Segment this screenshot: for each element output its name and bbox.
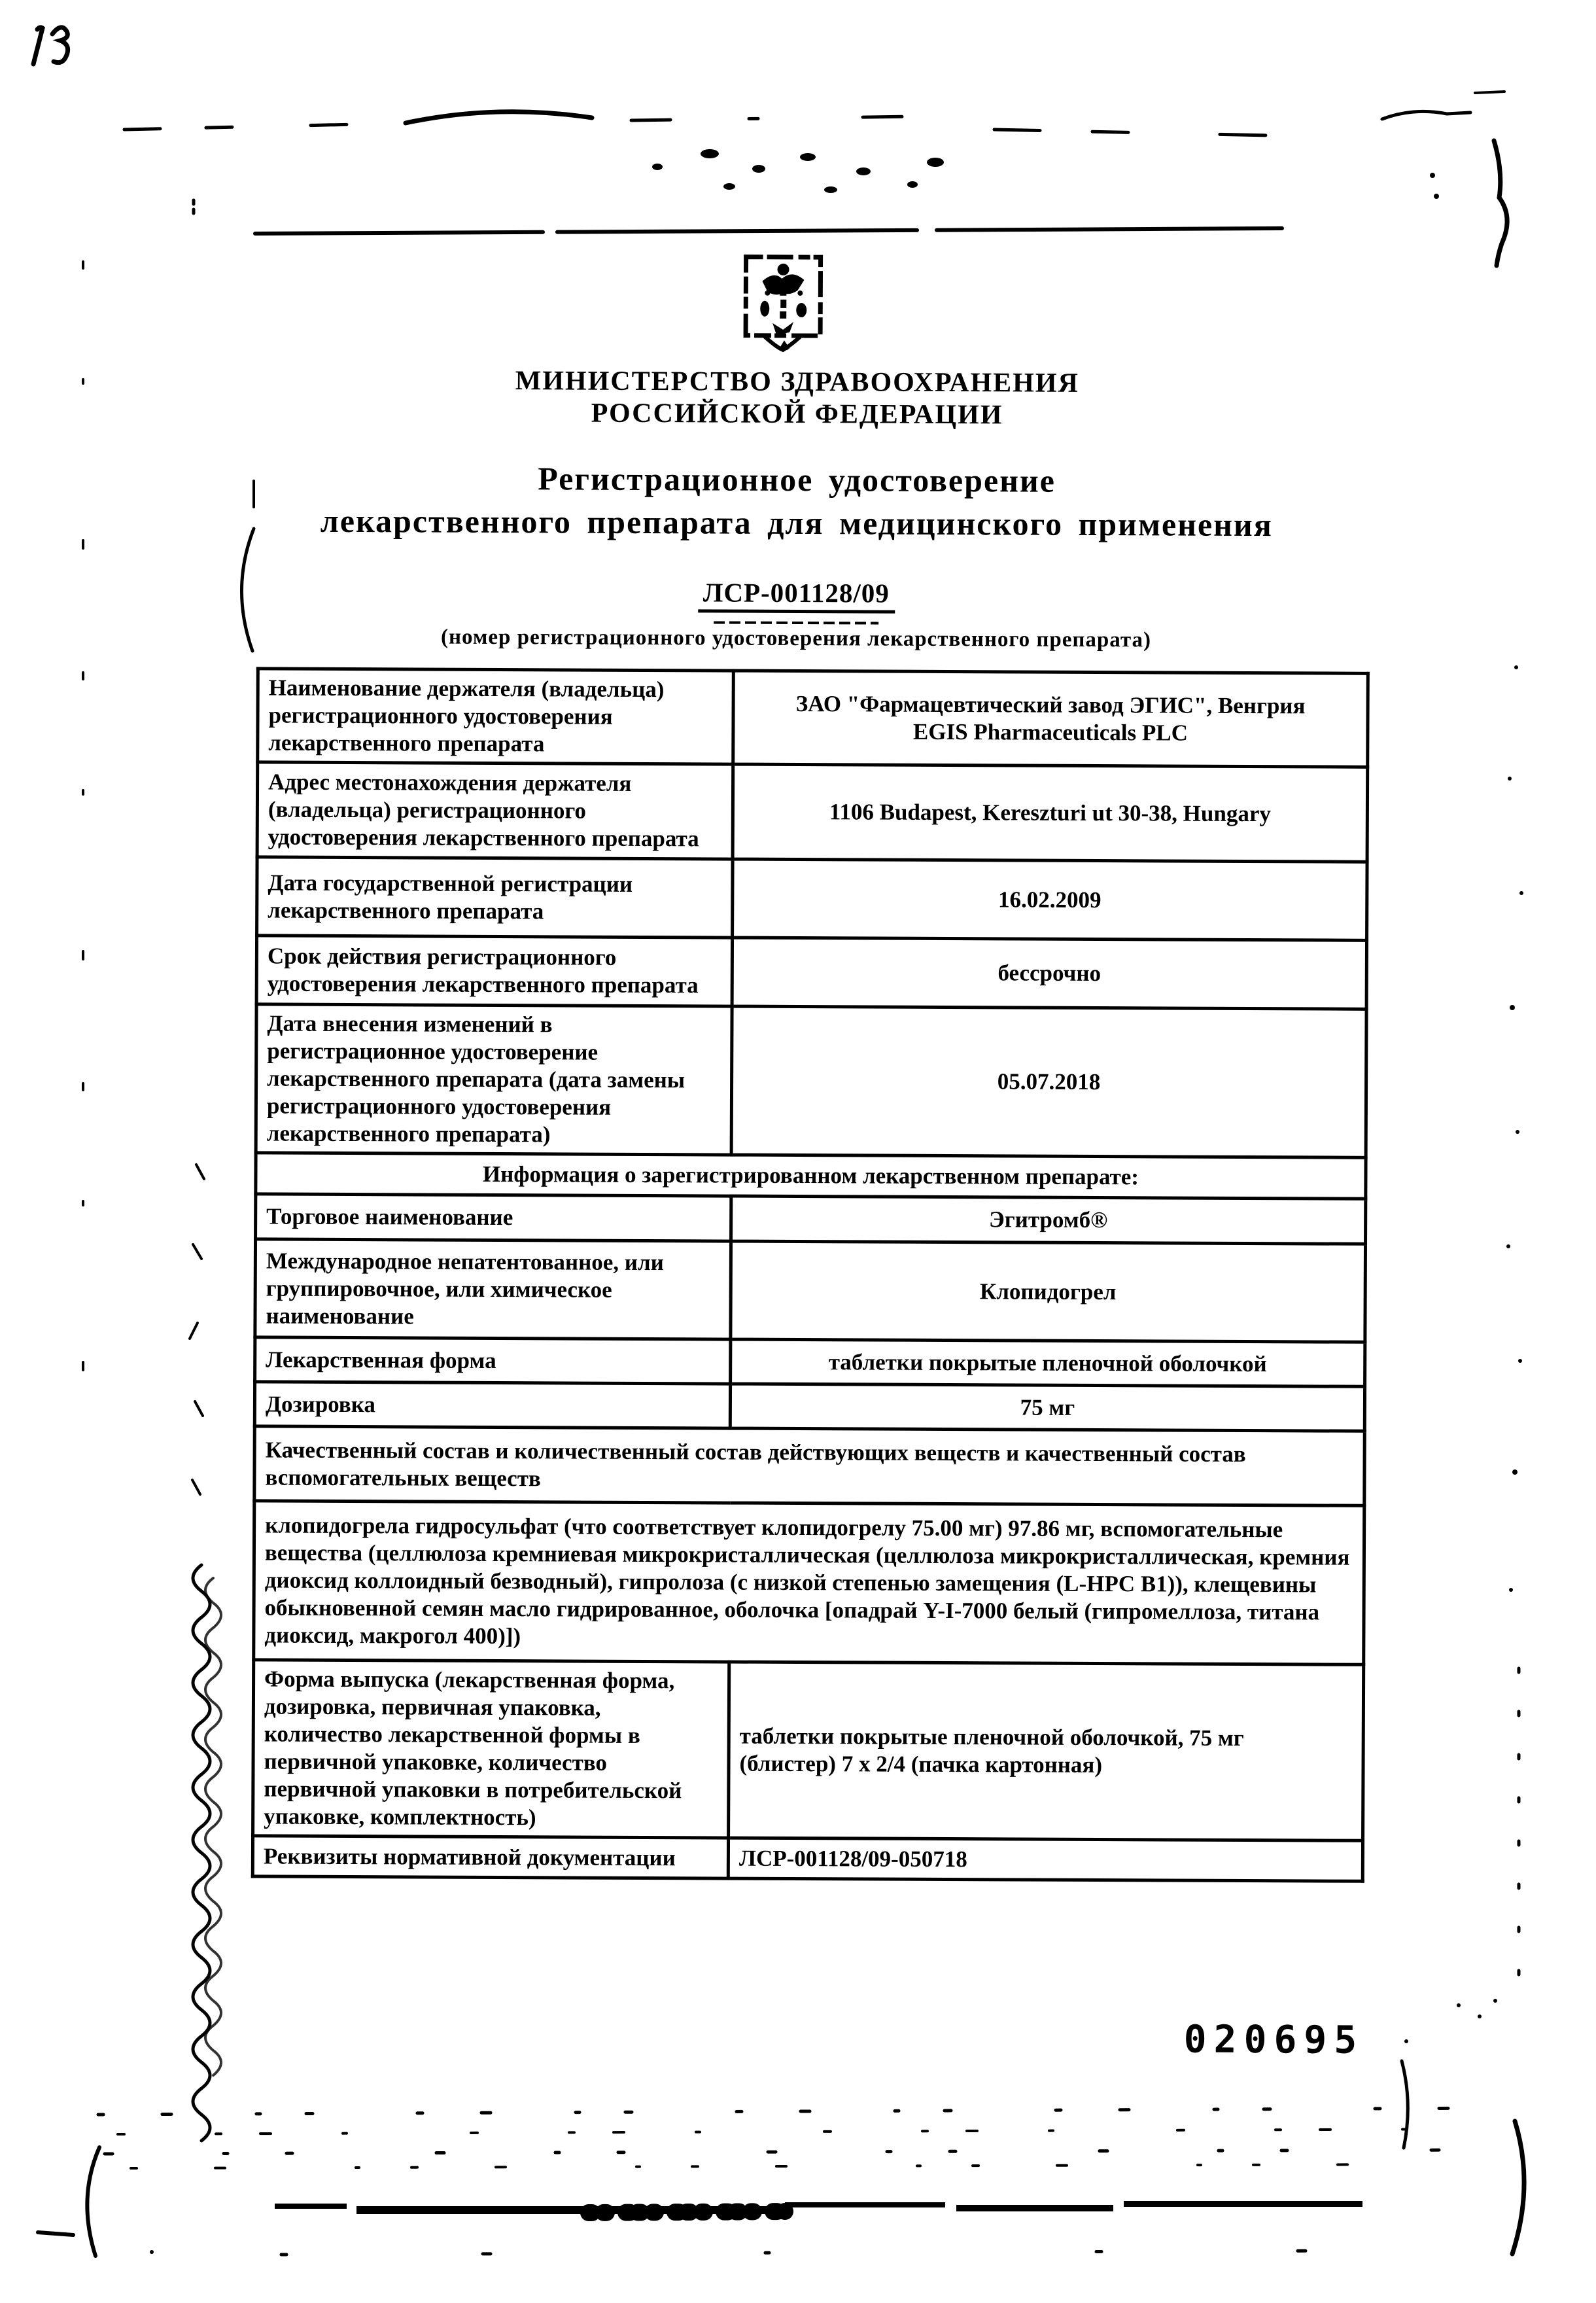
title-line1: Регистрационное удостоверение <box>0 455 1595 505</box>
amendment-date-value: 05.07.2018 <box>731 1006 1366 1157</box>
trade-name-value: Эгитромб® <box>731 1196 1366 1244</box>
table-row: Торговое наименование Эгитромб® <box>256 1194 1366 1244</box>
blank-serial-number: 020695 <box>1184 2017 1364 2062</box>
strength-value: 75 мг <box>730 1384 1364 1431</box>
table-row: Лекарственная форма таблетки покрытые пл… <box>255 1337 1365 1386</box>
document-title: Регистрационное удостоверение лекарствен… <box>0 455 1595 548</box>
table-row: Срок действия регистрационного удостовер… <box>256 936 1366 1009</box>
inn-value: Клопидогрел <box>731 1241 1366 1342</box>
table-row: Дата государственной регистрации лекарст… <box>257 857 1368 940</box>
table-row: Адрес местонахождения держателя (владель… <box>257 762 1368 862</box>
normative-docs-label: Реквизиты нормативной документации <box>252 1836 728 1878</box>
registration-number-caption: (номер регистрационного удостоверения ле… <box>0 624 1594 655</box>
certificate-table: Наименование держателя (владельца) регис… <box>251 667 1370 1882</box>
dosage-form-value: таблетки покрытые пленочной оболочкой <box>731 1339 1365 1386</box>
table-row: Международное непатентованное, или групп… <box>255 1239 1366 1342</box>
composition-text: клопидогрела гидросульфат (что соответст… <box>254 1501 1364 1664</box>
registration-date-value: 16.02.2009 <box>733 859 1368 940</box>
holder-address-value: 1106 Budapest, Kereszturi ut 30-38, Hung… <box>733 764 1368 862</box>
table-row: Дата внесения изменений в регистрационно… <box>256 1004 1366 1157</box>
holder-name-value: ЗАО "Фармацевтический завод ЭГИС", Венгр… <box>733 671 1368 767</box>
dosage-form-label: Лекарственная форма <box>255 1337 731 1384</box>
strength-label: Дозировка <box>254 1382 730 1428</box>
registration-number: ЛСР-001128/09 <box>0 574 1594 612</box>
certificate-document: МИНИСТЕРСТВО ЗДРАВООХРАНЕНИЯ РОССИЙСКОЙ … <box>0 0 1596 2303</box>
release-form-label: Форма выпуска (лекарственная форма, дози… <box>253 1660 729 1838</box>
table-row: Наименование держателя (владельца) регис… <box>258 669 1368 767</box>
title-line2: лекарственного препарата для медицинског… <box>0 498 1595 548</box>
trade-name-label: Торговое наименование <box>256 1194 731 1241</box>
composition-header: Качественный состав и количественный сос… <box>254 1426 1364 1505</box>
table-section-header-row: Информация о зарегистрированном лекарств… <box>256 1153 1366 1199</box>
validity-period-label: Срок действия регистрационного удостовер… <box>256 936 732 1006</box>
table-row: Форма выпуска (лекарственная форма, дози… <box>253 1660 1364 1840</box>
double-eagle-glyph <box>760 264 807 335</box>
table-row: Дозировка 75 мг <box>254 1382 1364 1431</box>
registration-number-second-underline <box>714 621 878 624</box>
holder-address-label: Адрес местонахождения держателя (владель… <box>257 762 733 859</box>
scanned-certificate-page: { "document": { "handwritten_mark": "№",… <box>0 0 1596 2303</box>
table-row: Реквизиты нормативной документации ЛСР-0… <box>252 1836 1362 1881</box>
holder-name-label: Наименование держателя (владельца) регис… <box>258 669 734 764</box>
release-form-value: таблетки покрытые пленочной оболочкой, 7… <box>729 1662 1364 1840</box>
ministry-line2: РОССИЙСКОЙ ФЕДЕРАЦИИ <box>0 395 1595 434</box>
inn-label: Международное непатентованное, или групп… <box>255 1239 731 1339</box>
table-full-row: клопидогрела гидросульфат (что соответст… <box>254 1501 1364 1664</box>
russia-coat-of-arms-emblem <box>742 254 829 354</box>
amendment-date-label: Дата внесения изменений в регистрационно… <box>256 1004 732 1155</box>
validity-period-value: бессрочно <box>732 938 1366 1009</box>
normative-docs-value: ЛСР-001128/09-050718 <box>728 1838 1362 1881</box>
section-header: Информация о зарегистрированном лекарств… <box>256 1153 1366 1199</box>
table-full-row: Качественный состав и количественный сос… <box>254 1426 1364 1505</box>
ministry-name: МИНИСТЕРСТВО ЗДРАВООХРАНЕНИЯ РОССИЙСКОЙ … <box>0 363 1595 434</box>
registration-date-label: Дата государственной регистрации лекарст… <box>257 857 733 938</box>
